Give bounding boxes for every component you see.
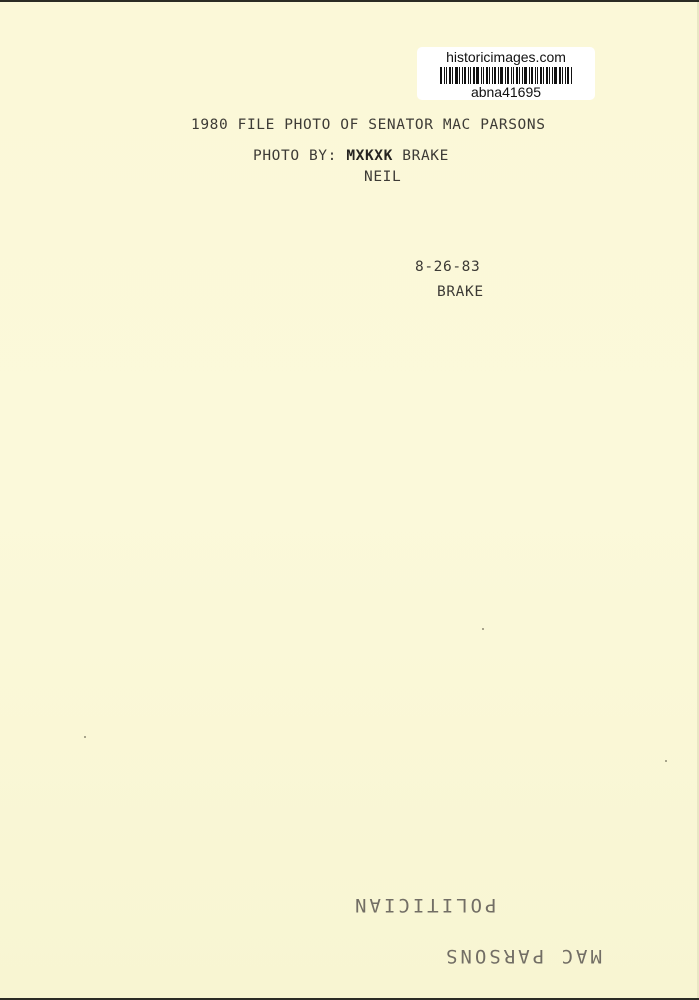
- barcode-bar: [500, 67, 503, 84]
- barcode-bar: [452, 67, 453, 84]
- barcode-bar: [483, 67, 484, 84]
- barcode-bar: [449, 67, 451, 84]
- barcode-bar: [549, 67, 550, 84]
- barcode-bar: [567, 67, 569, 84]
- paper-speck: [84, 736, 86, 738]
- barcode-bar: [529, 67, 530, 84]
- barcode-bar: [516, 67, 518, 84]
- initials: BRAKE: [437, 285, 484, 300]
- paper-speck: [665, 760, 667, 762]
- barcode-bar: [464, 67, 466, 84]
- barcode-bar: [489, 67, 490, 84]
- paper-speck: [482, 628, 484, 630]
- barcode-bar: [543, 67, 544, 84]
- barcode-bar: [492, 67, 493, 84]
- barcode-bar: [571, 67, 572, 84]
- photographer-first-name: NEIL: [364, 170, 401, 185]
- barcode-bar: [531, 67, 533, 84]
- date-stamp: 8-26-83: [415, 260, 480, 275]
- barcode: [440, 67, 572, 84]
- barcode-bar: [468, 67, 469, 84]
- barcode-bar: [498, 67, 499, 84]
- category-stamp: POLITICIAN: [352, 895, 496, 914]
- barcode-bar: [455, 67, 458, 84]
- barcode-bar: [519, 67, 520, 84]
- barcode-bar: [535, 67, 536, 84]
- barcode-bar: [459, 67, 460, 84]
- barcode-bar: [505, 67, 506, 84]
- barcode-bar: [565, 67, 566, 84]
- barcode-bar: [476, 67, 479, 84]
- label-site: historicimages.com: [417, 49, 595, 66]
- barcode-bar: [554, 67, 557, 84]
- caption-line: 1980 FILE PHOTO OF SENATOR MAC PARSONS: [191, 118, 546, 133]
- name-stamp: MAC PARSONS: [443, 946, 602, 965]
- barcode-bar: [462, 67, 463, 84]
- photo-credit-prefix: PHOTO BY:: [253, 148, 346, 164]
- photo-back-paper: historicimages.com abna41695 1980 FILE P…: [0, 2, 699, 998]
- barcode-bar: [559, 67, 561, 84]
- barcode-bar: [524, 67, 527, 84]
- barcode-bar: [546, 67, 548, 84]
- barcode-bar: [513, 67, 514, 84]
- archive-label: historicimages.com abna41695: [417, 47, 595, 100]
- struck-text: MXKXK: [346, 148, 393, 164]
- barcode-bar: [522, 67, 523, 84]
- barcode-bar: [552, 67, 553, 84]
- photo-credit-name: BRAKE: [393, 148, 449, 164]
- barcode-bar: [470, 67, 471, 84]
- barcode-bar: [511, 67, 512, 84]
- barcode-bar: [537, 67, 538, 84]
- photo-credit-line: PHOTO BY: MXKXK BRAKE: [253, 149, 449, 164]
- label-code: abna41695: [417, 85, 595, 100]
- barcode-bar: [481, 67, 482, 84]
- barcode-bar: [507, 67, 509, 84]
- barcode-bar: [446, 67, 447, 84]
- barcode-bar: [444, 67, 445, 84]
- barcode-bar: [540, 67, 542, 84]
- barcode-bar: [486, 67, 488, 84]
- barcode-bar: [494, 67, 496, 84]
- barcode-bar: [473, 67, 475, 84]
- barcode-bar: [440, 67, 442, 84]
- barcode-bar: [562, 67, 563, 84]
